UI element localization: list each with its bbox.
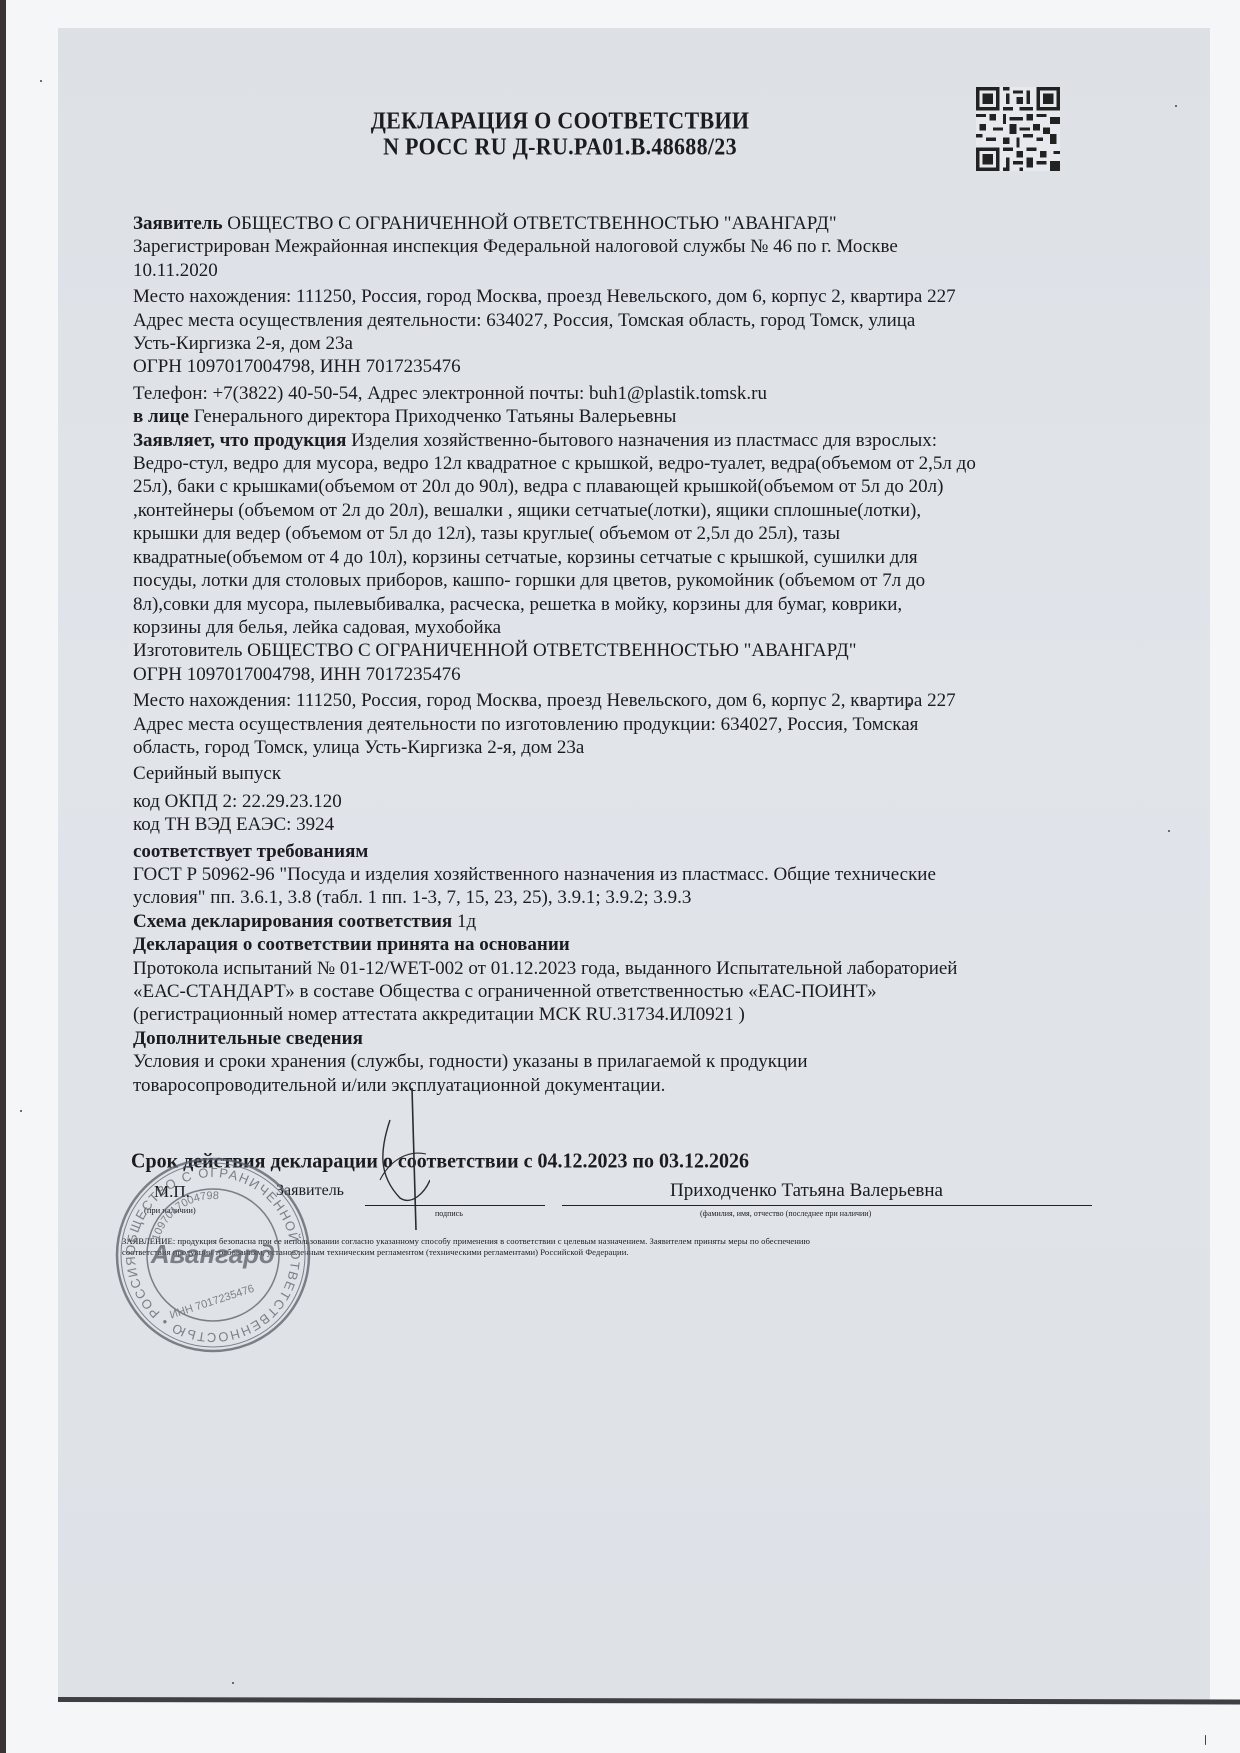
basis-label: Декларация о соответствии принята на осн… <box>133 934 570 955</box>
additional-info: Условия и сроки хранения (службы, годнос… <box>133 1050 1093 1073</box>
product-line-text: 8л),совки для мусора, пылевыбивалка, рас… <box>133 593 1093 616</box>
product-line-text: ,контейнеры (объемом от 2л до 20л), веша… <box>133 499 1093 522</box>
basis-accreditation: (регистрационный номер аттестата аккреди… <box>133 1003 1093 1026</box>
product-line-text: квадратные(объемом от 4 до 10л), корзины… <box>133 546 1093 569</box>
applicant-activity-address: Адрес места осуществления деятельности: … <box>133 309 1093 332</box>
basis-protocol: Протокола испытаний № 01-12/WET-002 от 0… <box>133 957 1093 980</box>
applicant-ogrn-inn: ОГРН 1097017004798, ИНН 7017235476 <box>133 355 1093 378</box>
basis-heading: Декларация о соответствии принята на осн… <box>133 933 1093 956</box>
product-line: Заявляет, что продукция Изделия хозяйств… <box>133 429 1093 452</box>
scan-speck <box>1205 1735 1206 1745</box>
document-title: ДЕКЛАРАЦИЯ О СООТВЕТСТВИИ <box>300 107 820 135</box>
applicant-registered: Зарегистрирован Межрайонная инспекция Фе… <box>133 235 1093 258</box>
additional-label: Дополнительные сведения <box>133 1028 363 1049</box>
manufacturer-line: Изготовитель ОБЩЕСТВО С ОГРАНИЧЕННОЙ ОТВ… <box>133 639 1093 662</box>
additional-heading: Дополнительные сведения <box>133 1027 1093 1050</box>
basis-laboratory: «ЕАС-СТАНДАРТ» в составе Общества с огра… <box>133 980 1093 1003</box>
scan-speck <box>40 80 42 82</box>
scheme-line: Схема декларирования соответствия 1д <box>133 910 1093 933</box>
production-type: Серийный выпуск <box>133 762 1093 785</box>
scheme-label: Схема декларирования соответствия <box>133 911 452 932</box>
applicant-activity-address-cont: Усть-Киргизка 2-я, дом 23а <box>133 332 1093 355</box>
product-line-text: посуды, лотки для столовых приборов, каш… <box>133 569 1093 592</box>
name-note: (фамилия, имя, отчество (последнее при н… <box>700 1209 871 1218</box>
manufacturer-ogrn-inn: ОГРН 1097017004798, ИНН 7017235476 <box>133 663 1093 686</box>
applicant-name: ОБЩЕСТВО С ОГРАНИЧЕННОЙ ОТВЕТСТВЕННОСТЬЮ… <box>227 213 836 234</box>
product-line-text: Ведро-стул, ведро для мусора, ведро 12л … <box>133 452 1093 475</box>
scan-bottom-edge-line <box>58 1697 1240 1704</box>
scan-left-edge <box>0 0 6 1753</box>
requirements-clauses: условия" пп. 3.6.1, 3.8 (табл. 1 пп. 1-3… <box>133 886 1093 909</box>
svg-text:Авангард: Авангард <box>150 1239 275 1269</box>
signer-name: Приходченко Татьяна Валерьевна <box>670 1180 943 1202</box>
declaration-number: N РОСС RU Д-RU.PA01.В.48688/23 <box>300 133 820 161</box>
declaration-body: Заявитель ОБЩЕСТВО С ОГРАНИЧЕННОЙ ОТВЕТС… <box>133 212 1093 1097</box>
manufacturer-production-address-cont: область, город Томск, улица Усть-Киргизк… <box>133 736 1093 759</box>
represented-by-line: в лице Генерального директора Приходченк… <box>133 405 1093 428</box>
scan-speck <box>908 703 911 707</box>
applicant-registered-date: 10.11.2020 <box>133 259 1093 282</box>
requirements-heading: соответствует требованиям <box>133 840 1093 863</box>
applicant-line: Заявитель ОБЩЕСТВО С ОГРАНИЧЕННОЙ ОТВЕТС… <box>133 212 1093 235</box>
applicant-label: Заявитель <box>133 213 223 234</box>
scan-speck <box>1168 830 1170 832</box>
okpd2-code: код ОКПД 2: 22.29.23.120 <box>133 790 1093 813</box>
product-line-text: 25л), баки с крышками(объемом от 20л до … <box>133 475 1093 498</box>
qr-code-icon <box>976 87 1060 171</box>
scan-speck <box>232 1682 234 1684</box>
applicant-contacts: Телефон: +7(3822) 40-50-54, Адрес электр… <box>133 382 1093 405</box>
scan-speck <box>1175 105 1177 107</box>
represented-by: Генерального директора Приходченко Татья… <box>194 406 677 427</box>
scan-speck <box>20 1110 22 1112</box>
document-header: ДЕКЛАРАЦИЯ О СООТВЕТСТВИИ N РОСС RU Д-RU… <box>300 108 820 160</box>
manufacturer-label: Изготовитель <box>133 640 242 661</box>
name-line <box>562 1205 1092 1206</box>
svg-text:ИНН 7017235476: ИНН 7017235476 <box>168 1283 255 1322</box>
product-line-text: корзины для белья, лейка садовая, мухобо… <box>133 616 1093 639</box>
tn-ved-code: код ТН ВЭД ЕАЭС: 3924 <box>133 813 1093 836</box>
company-seal-icon: ОБЩЕСТВО С ОГРАНИЧЕННОЙ ОТВЕТСТВЕННОСТЬЮ… <box>113 1155 313 1355</box>
manufacturer-production-address: Адрес места осуществления деятельности п… <box>133 713 1093 736</box>
product-line-text: крышки для ведер (объемом от 5л до 12л),… <box>133 522 1093 545</box>
scheme-value: 1д <box>457 911 476 932</box>
manufacturer-name: ОБЩЕСТВО С ОГРАНИЧЕННОЙ ОТВЕТСТВЕННОСТЬЮ… <box>247 640 856 661</box>
manufacturer-location: Место нахождения: 111250, Россия, город … <box>133 689 1093 712</box>
product-label: Заявляет, что продукция <box>133 430 346 451</box>
requirements-label: соответствует требованиям <box>133 841 368 862</box>
represented-label: в лице <box>133 406 189 427</box>
signature-note: подпись <box>435 1209 463 1218</box>
requirements-standard: ГОСТ Р 50962-96 "Посуда и изделия хозяйс… <box>133 863 1093 886</box>
applicant-location: Место нахождения: 111250, Россия, город … <box>133 285 1093 308</box>
product-line-text: Изделия хозяйственно-бытового назначения… <box>351 430 937 451</box>
